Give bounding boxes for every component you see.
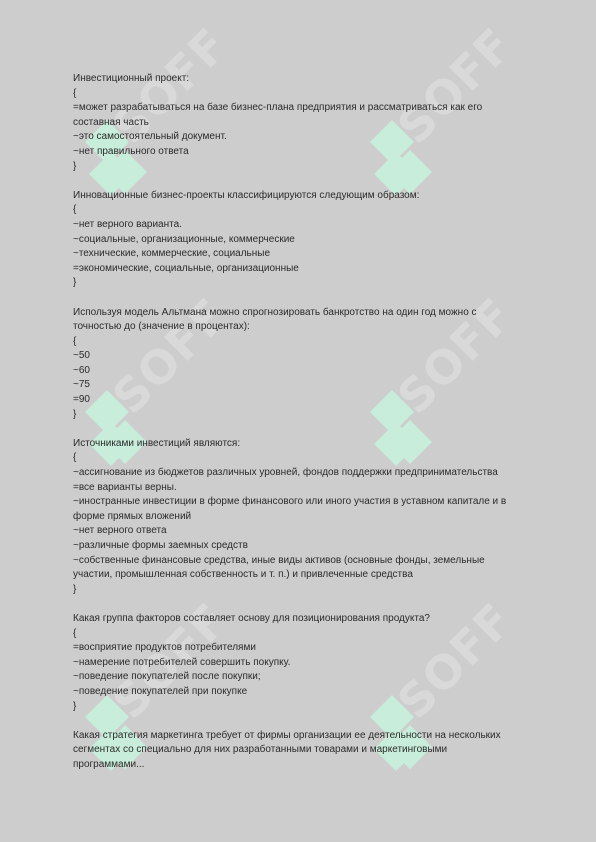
question-block: Инвестиционный проект: { =может разрабат…	[73, 72, 513, 174]
answer-option: ~это самостоятельный документ.	[73, 130, 513, 145]
question-block: Инновационные бизнес-проекты классифицир…	[73, 189, 513, 291]
answer-option: ~поведение покупателей при покупке	[73, 685, 513, 700]
question-text: Источниками инвестиций являются:	[73, 437, 513, 452]
answer-option: ~поведение покупателей после покупки;	[73, 670, 513, 685]
answer-option: ~иностранные инвестиции в форме финансов…	[73, 495, 513, 524]
question-text: Какая группа факторов составляет основу …	[73, 612, 513, 627]
open-brace: {	[73, 451, 513, 466]
question-text: Используя модель Альтмана можно спрогноз…	[73, 306, 513, 335]
question-block: Используя модель Альтмана можно спрогноз…	[73, 306, 513, 423]
answer-option: ~нет верного варианта.	[73, 218, 513, 233]
answer-option: ~различные формы заемных средств	[73, 539, 513, 554]
answer-option: =может разрабатываться на базе бизнес-пл…	[73, 101, 513, 130]
answer-option: =восприятие продуктов потребителями	[73, 641, 513, 656]
answer-option: ~технические, коммерческие, социальные	[73, 247, 513, 262]
answer-option: =все варианты верны.	[73, 481, 513, 496]
answer-option: ~социальные, организационные, коммерческ…	[73, 233, 513, 248]
question-block: Источниками инвестиций являются: { ~асси…	[73, 437, 513, 598]
close-brace: }	[73, 160, 513, 175]
answer-option: ~ассигнование из бюджетов различных уров…	[73, 466, 513, 481]
close-brace: }	[73, 700, 513, 715]
answer-option: ~намерение потребителей совершить покупк…	[73, 656, 513, 671]
open-brace: {	[73, 87, 513, 102]
answer-option: ~нет верного ответа	[73, 524, 513, 539]
open-brace: {	[73, 203, 513, 218]
answer-option: ~75	[73, 378, 513, 393]
answer-option: ~50	[73, 349, 513, 364]
question-text: Какая стратегия маркетинга требует от фи…	[73, 729, 513, 773]
answer-option: =90	[73, 393, 513, 408]
close-brace: }	[73, 408, 513, 423]
answer-option: ~60	[73, 364, 513, 379]
question-block: Какая группа факторов составляет основу …	[73, 612, 513, 714]
document-body: Инвестиционный проект: { =может разрабат…	[73, 72, 513, 787]
answer-option: ~нет правильного ответа	[73, 145, 513, 160]
close-brace: }	[73, 276, 513, 291]
answer-option: =экономические, социальные, организацион…	[73, 262, 513, 277]
question-block: Какая стратегия маркетинга требует от фи…	[73, 729, 513, 773]
open-brace: {	[73, 627, 513, 642]
question-text: Инновационные бизнес-проекты классифицир…	[73, 189, 513, 204]
answer-option: ~собственные финансовые средства, иные в…	[73, 554, 513, 583]
question-text: Инвестиционный проект:	[73, 72, 513, 87]
open-brace: {	[73, 335, 513, 350]
close-brace: }	[73, 583, 513, 598]
